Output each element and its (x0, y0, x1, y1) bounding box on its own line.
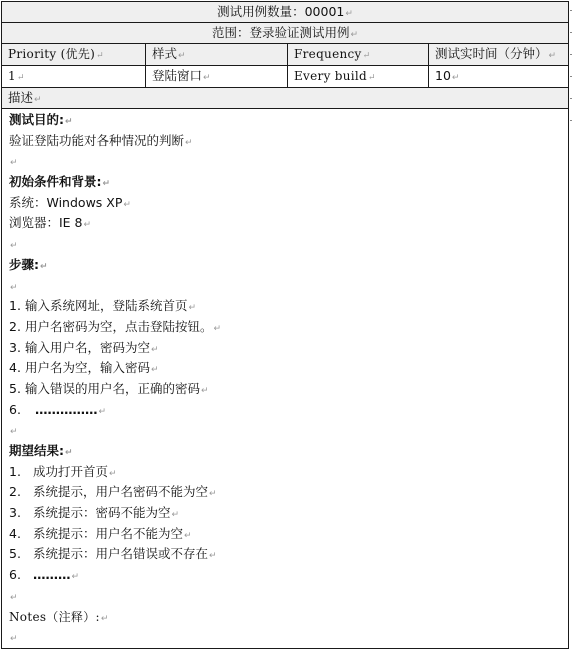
paragraph-mark-icon: ↵ (101, 614, 109, 624)
steps-heading: 步骤:↵ (9, 255, 568, 276)
header-test-time-label: 测试实时间（分钟） (435, 46, 548, 61)
paragraph-mark-icon: ↵ (103, 179, 111, 189)
conditions-heading: 初始条件和背景:↵ (9, 172, 568, 193)
description-body[interactable]: 测试目的:↵ 验证登陆功能对各种情况的判断↵ ↵ 初始条件和背景:↵ 系统：Wi… (2, 108, 568, 648)
paragraph-mark-icon: ↵ (17, 73, 25, 83)
scope-row: 范围：登录验证测试用例↵ (2, 23, 568, 44)
paragraph-mark-icon: ↵ (185, 138, 193, 148)
column-header-row: Priority (优先)↵ 样式↵ Frequency↵ 测试实时间（分钟）↵ (2, 44, 568, 66)
result-item: 3.系统提示：密码不能为空↵ (9, 503, 568, 524)
paragraph-mark-icon: ↵ (65, 448, 73, 458)
priority-value: 1 (8, 69, 16, 83)
paragraph-mark-icon: ↵ (96, 51, 104, 61)
step-item: 6.……………↵ (9, 400, 568, 421)
row-end-marker-icon (570, 10, 572, 11)
test-time-value: 10 (435, 68, 451, 83)
step-item: 2.用户名密码为空，点击登陆按钮。↵ (9, 317, 568, 338)
row-end-marker-icon (570, 32, 572, 33)
paragraph-mark-icon: ↵ (203, 73, 211, 83)
paragraph-mark-icon: ↵ (214, 324, 222, 334)
blank-line: ↵ (9, 151, 568, 172)
paragraph-mark-icon: ↵ (549, 51, 557, 61)
paragraph-mark-icon: ↵ (178, 51, 186, 61)
row-end-marker-icon (570, 76, 572, 77)
header-cell-frequency[interactable]: Frequency↵ (287, 44, 428, 65)
condition-os: 系统：Windows XP↵ (9, 193, 568, 214)
blank-line: ↵ (9, 627, 568, 648)
paragraph-mark-icon: ↵ (72, 572, 80, 582)
case-count-cell[interactable]: 测试用例数量：00001↵ (2, 2, 568, 24)
step-item: 4.用户名为空，输入密码↵ (9, 358, 568, 379)
row-end-marker-icon (570, 120, 572, 121)
paragraph-mark-icon: ↵ (189, 303, 197, 313)
case-count-label: 测试用例数量：00001 (217, 4, 344, 19)
paragraph-mark-icon: ↵ (363, 51, 371, 61)
paragraph-mark-icon: ↵ (452, 73, 460, 83)
results-heading: 期望结果:↵ (9, 441, 568, 462)
value-row: 1↵ 登陆窗口↵ Every build↵ 10↵ (2, 66, 568, 88)
blank-line: ↵ (9, 234, 568, 255)
header-cell-priority[interactable]: Priority (优先)↵ (2, 44, 145, 65)
style-value: 登陆窗口 (152, 68, 202, 83)
paragraph-mark-icon: ↵ (10, 241, 18, 251)
condition-browser: 浏览器：IE 8↵ (9, 213, 568, 234)
value-cell-priority[interactable]: 1↵ (2, 66, 145, 87)
header-frequency-label: Frequency (294, 47, 362, 61)
notes-label: Notes（注释）:↵ (9, 607, 568, 628)
blank-line: ↵ (9, 420, 568, 441)
value-cell-frequency[interactable]: Every build↵ (287, 66, 428, 87)
paragraph-mark-icon: ↵ (99, 407, 107, 417)
step-item: 1.输入系统网址，登陆系统首页↵ (9, 296, 568, 317)
result-item: 2.系统提示，用户名密码不能为空↵ (9, 482, 568, 503)
row-end-marker-icon (570, 98, 572, 99)
paragraph-mark-icon: ↵ (34, 95, 42, 105)
row-end-marker-icon (570, 54, 572, 55)
header-priority-label: Priority (优先) (8, 47, 95, 61)
blank-line: ↵ (9, 586, 568, 607)
paragraph-mark-icon: ↵ (65, 117, 73, 127)
paragraph-mark-icon: ↵ (151, 365, 159, 375)
step-item: 5.输入错误的用户名，正确的密码↵ (9, 379, 568, 400)
result-item: 4.系统提示：用户名不能为空↵ (9, 524, 568, 545)
description-label-row: 描述↵ (2, 88, 568, 109)
result-item: 6.………↵ (9, 565, 568, 586)
paragraph-mark-icon: ↵ (10, 283, 18, 293)
header-style-label: 样式 (152, 46, 177, 61)
row-end-markers (569, 0, 573, 140)
paragraph-mark-icon: ↵ (368, 73, 376, 83)
result-item: 1.成功打开首页↵ (9, 462, 568, 483)
paragraph-mark-icon: ↵ (209, 489, 217, 499)
paragraph-mark-icon: ↵ (109, 469, 117, 479)
scope-cell[interactable]: 范围：登录验证测试用例↵ (2, 23, 568, 45)
paragraph-mark-icon: ↵ (10, 593, 18, 603)
paragraph-mark-icon: ↵ (172, 510, 180, 520)
frequency-value: Every build (294, 69, 367, 83)
paragraph-mark-icon: ↵ (10, 634, 18, 644)
paragraph-mark-icon: ↵ (84, 220, 92, 230)
paragraph-mark-icon: ↵ (345, 9, 353, 19)
blank-line: ↵ (9, 276, 568, 297)
purpose-heading: 测试目的:↵ (9, 110, 568, 131)
value-cell-style[interactable]: 登陆窗口↵ (145, 66, 287, 87)
paragraph-mark-icon: ↵ (10, 427, 18, 437)
header-cell-test-time[interactable]: 测试实时间（分钟）↵ (428, 44, 568, 65)
paragraph-mark-icon: ↵ (151, 345, 159, 355)
paragraph-mark-icon: ↵ (184, 531, 192, 541)
paragraph-mark-icon: ↵ (350, 30, 358, 40)
header-cell-style[interactable]: 样式↵ (145, 44, 287, 65)
scope-label: 范围：登录验证测试用例 (212, 25, 350, 40)
description-label-cell[interactable]: 描述↵ (2, 88, 568, 108)
paragraph-mark-icon: ↵ (123, 200, 131, 210)
test-case-document: 测试用例数量：00001↵ 范围：登录验证测试用例↵ Priority (优先)… (1, 1, 569, 649)
result-item: 5.系统提示：用户名错误或不存在↵ (9, 544, 568, 565)
value-cell-test-time[interactable]: 10↵ (428, 66, 568, 87)
paragraph-mark-icon: ↵ (40, 262, 48, 272)
step-item: 3.输入用户名，密码为空↵ (9, 338, 568, 359)
purpose-text: 验证登陆功能对各种情况的判断↵ (9, 131, 568, 152)
description-label: 描述 (8, 90, 33, 105)
paragraph-mark-icon: ↵ (201, 386, 209, 396)
paragraph-mark-icon: ↵ (209, 551, 217, 561)
paragraph-mark-icon: ↵ (10, 158, 18, 168)
case-count-row: 测试用例数量：00001↵ (2, 2, 568, 23)
